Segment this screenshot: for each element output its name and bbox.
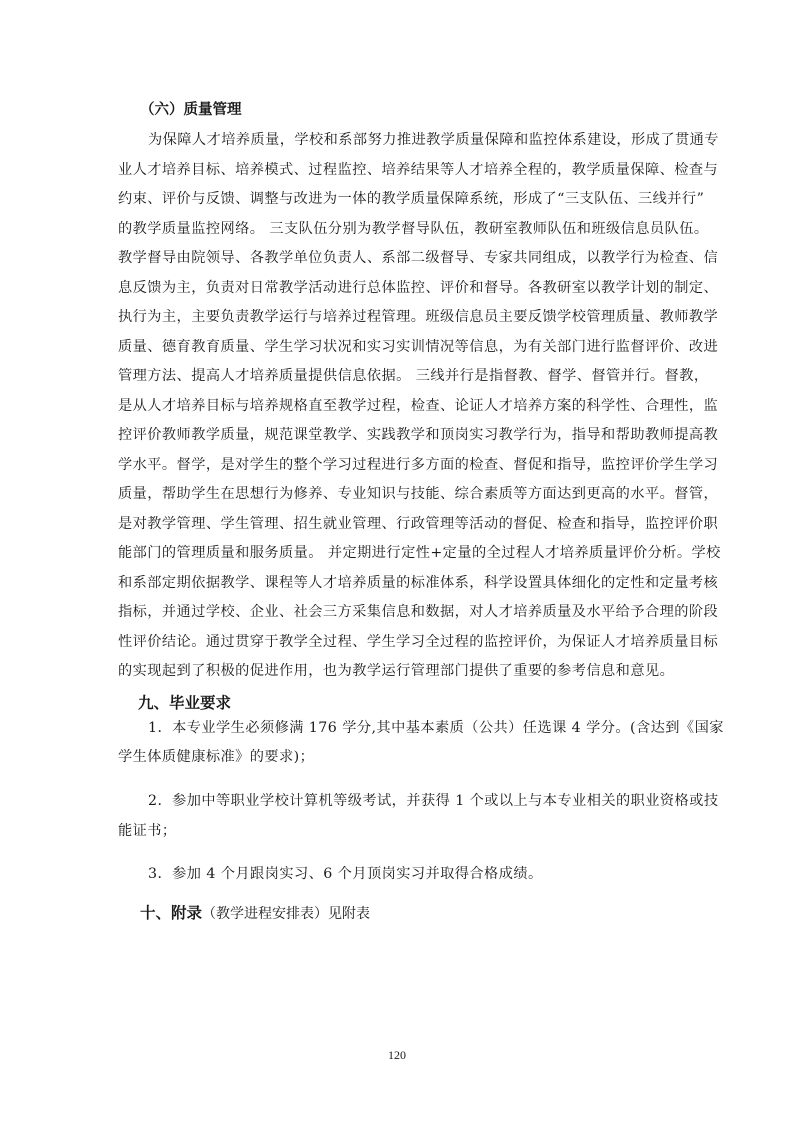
paragraph-line: 质量、德育教育质量、学生学习状况和实习实训情况等信息，为有关部门进行监督评价、改… [118,337,698,357]
paragraph-line: 业人才培养目标、培养模式、过程监控、培养结果等人才培养全程的，教学质量保障、检查… [118,160,698,180]
section-heading-graduation-requirements: 九、毕业要求 [138,692,231,714]
document-page: （六）质量管理 为保障人才培养质量，学校和系部努力推进教学质量保障和监控体系建设… [0,0,794,1123]
paragraph-line: 的教学质量监控网络。 三支队伍分别为教学督导队伍，教研室教师队伍和班级信息员队伍… [118,219,698,239]
appendix-heading-detail: （教学进程安排表）见附表 [202,906,370,922]
paragraph-line: 控评价教师教学质量，规范课堂教学、实践教学和顶岗实习教学行为，指导和帮助教师提高… [118,425,698,445]
paragraph-line: 的实现起到了积极的促进作用，也为教学运行管理部门提供了重要的参考信息和意见。 [118,661,698,681]
paragraph-line: 和系部定期依据教学、课程等人才培养质量的标准体系，科学设置具体细化的定性和定量考… [118,573,698,593]
paragraph-line: 是对教学管理、学生管理、招生就业管理、行政管理等活动的督促、检查和指导，监控评价… [118,514,698,534]
requirement-line: 1．本专业学生必须修满 176 学分,其中基本素质（公共）任选课 4 学分。(含… [148,718,728,738]
paragraph-line: 质量，帮助学生在思想行为修养、专业知识与技能、综合素质等方面达到更高的水平。督管… [118,484,698,504]
paragraph-line: 性评价结论。通过贯穿于教学全过程、学生学习全过程的监控评价，为保证人才培养质量目… [118,632,698,652]
appendix-heading-bold: 十、附录 [140,904,202,922]
requirement-line: 能证书； [118,821,698,841]
requirement-line: 3．参加 4 个月跟岗实习、6 个月顶岗实习并取得合格成绩。 [148,864,728,884]
paragraph-line: 执行为主，主要负责教学运行与培养过程管理。班级信息员主要反馈学校管理质量、教师教… [118,307,698,327]
paragraph-line: 息反馈为主，负责对日常教学活动进行总体监控、评价和督导。各教研室以教学计划的制定… [118,278,698,298]
paragraph-line: 教学督导由院领导、各教学单位负责人、系部二级督导、专家共同组成，以教学行为检查、… [118,248,698,268]
section-heading-appendix: 十、附录（教学进程安排表）见附表 [140,902,370,925]
paragraph-line: 学水平。督学，是对学生的整个学习过程进行多方面的检查、督促和指导，监控评价学生学… [118,455,698,475]
requirement-line: 2．参加中等职业学校计算机等级考试，并获得 1 个或以上与本专业相关的职业资格或… [148,791,728,811]
page-number: 120 [0,1048,794,1063]
section-heading-quality-management: （六）质量管理 [140,100,242,120]
paragraph-line: 约束、评价与反馈、调整与改进为一体的教学质量保障系统，形成了“三支队伍、三线并行… [118,189,698,209]
paragraph-line: 为保障人才培养质量，学校和系部努力推进教学质量保障和监控体系建设，形成了贯通专 [148,130,728,150]
paragraph-line: 指标，并通过学校、企业、社会三方采集信息和数据，对人才培养质量及水平给予合理的阶… [118,602,698,622]
paragraph-line: 管理方法、提高人才培养质量提供信息依据。 三线并行是指督教、督学、督管并行。督教… [118,366,698,386]
paragraph-line: 是从人才培养目标与培养规格直至教学过程，检查、论证人才培养方案的科学性、合理性，… [118,396,698,416]
paragraph-line: 能部门的管理质量和服务质量。 并定期进行定性+定量的全过程人才培养质量评价分析。… [118,543,698,563]
requirement-line: 学生体质健康标准》的要求)； [118,747,698,767]
